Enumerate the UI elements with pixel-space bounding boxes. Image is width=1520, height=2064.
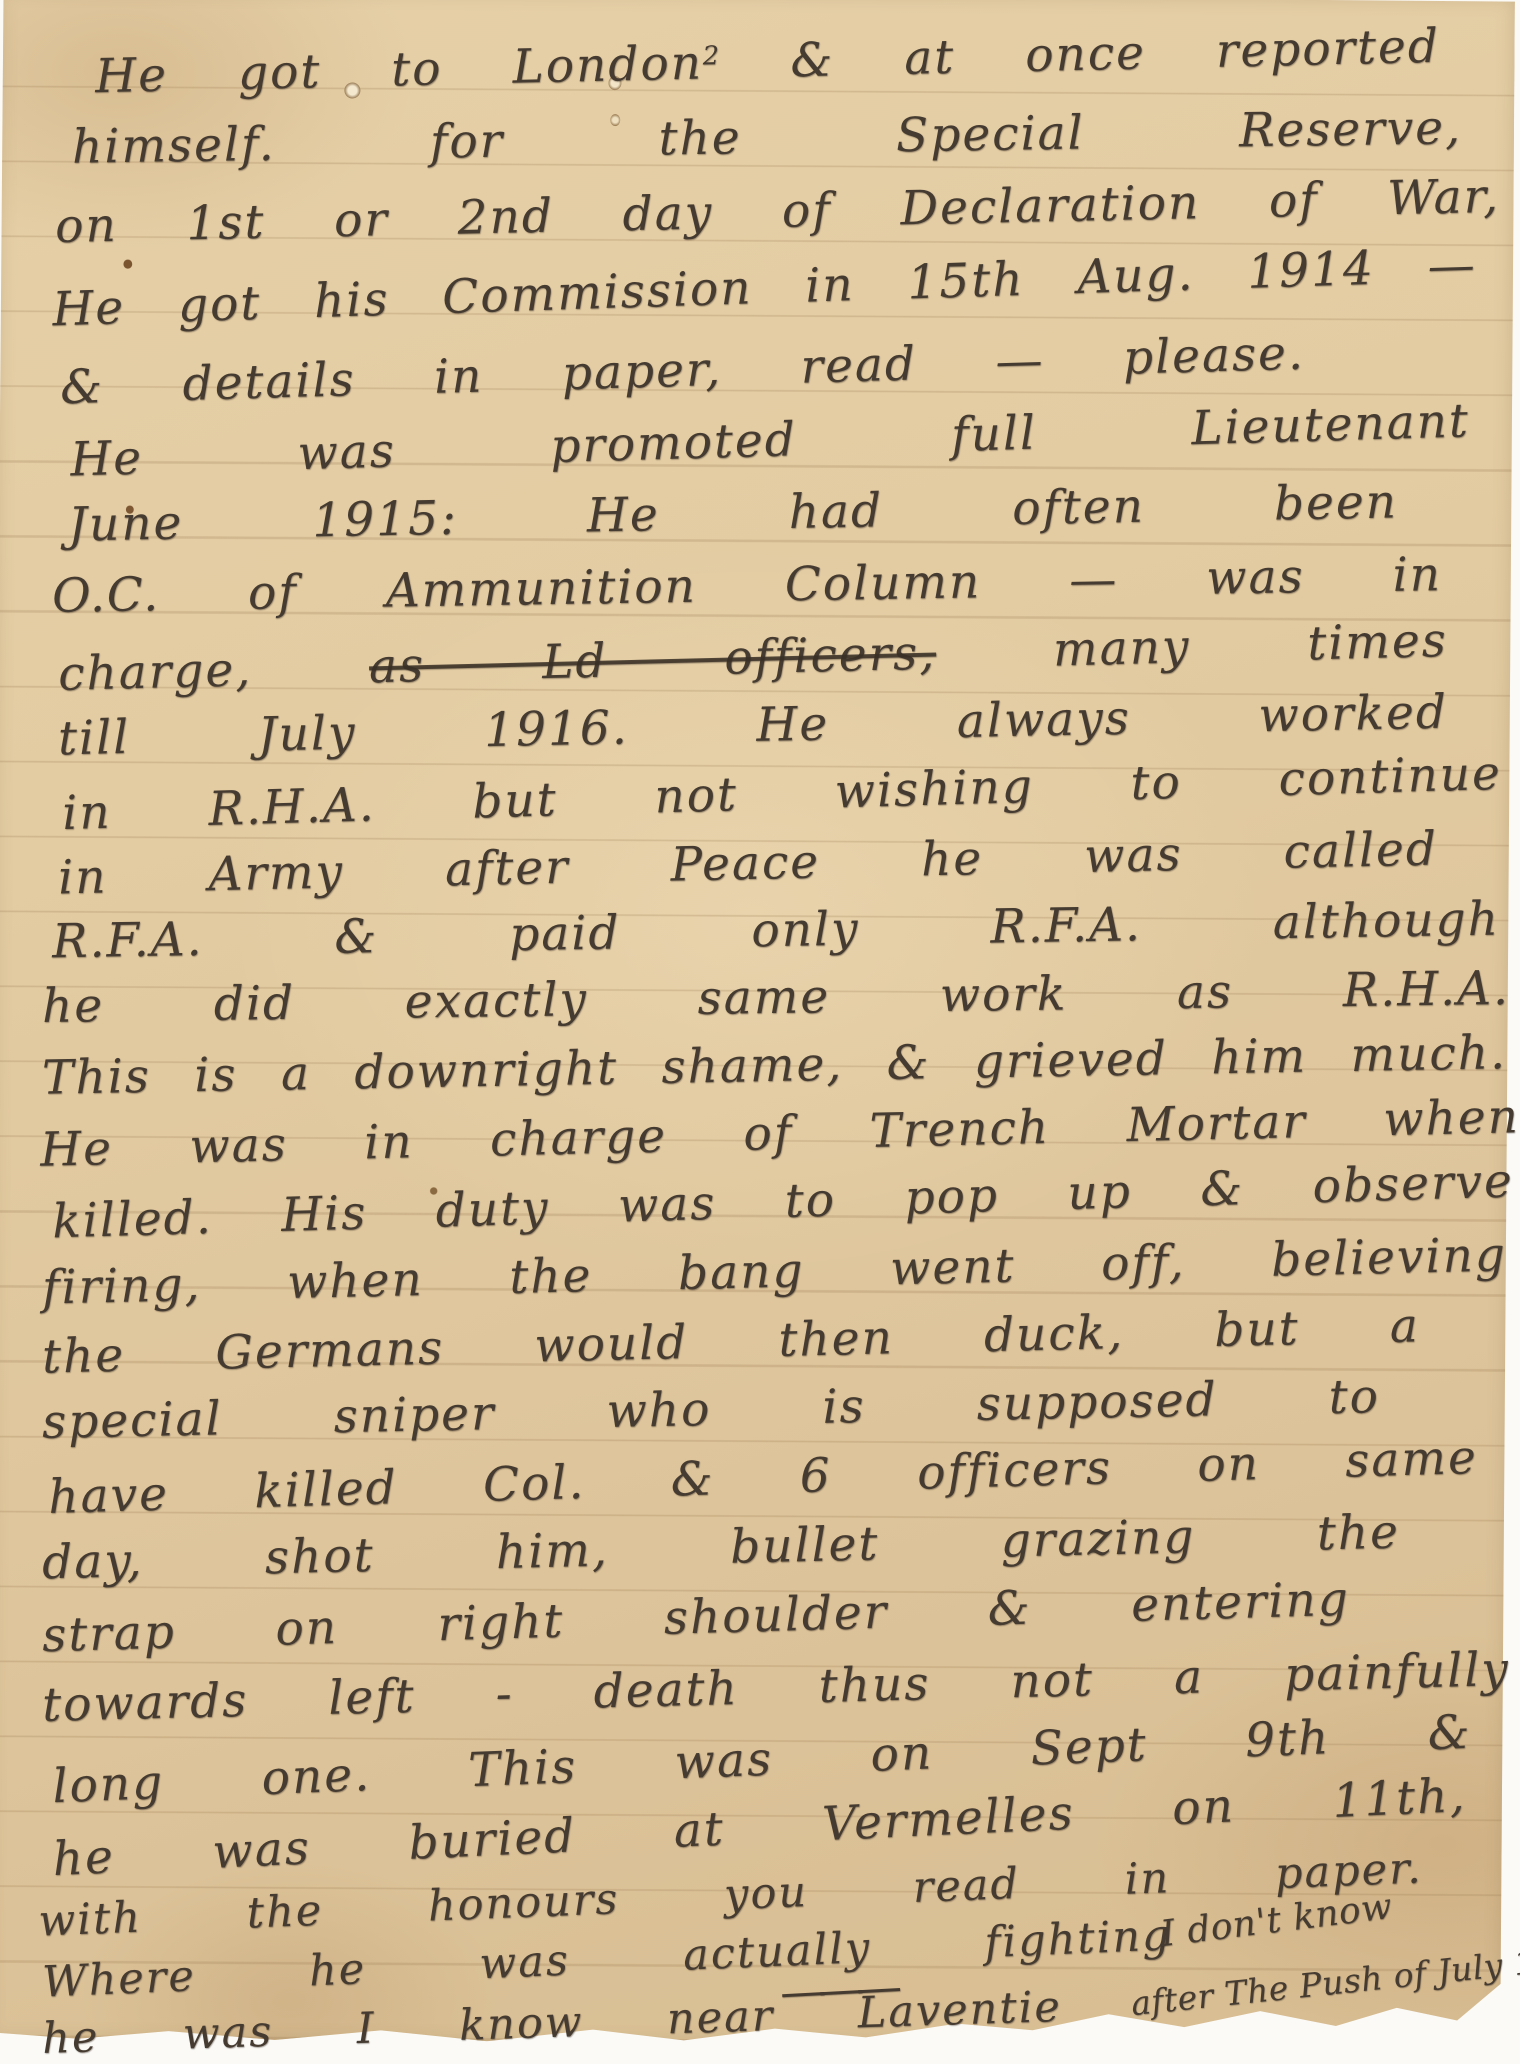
scanned-document: He got to London2 & at once reported him… <box>0 0 1520 2048</box>
paper-speck <box>123 259 132 269</box>
dash-stroke: ——— <box>779 1959 896 2019</box>
superscript-2: 2 <box>702 41 720 71</box>
line-text: charge, <box>58 639 370 702</box>
